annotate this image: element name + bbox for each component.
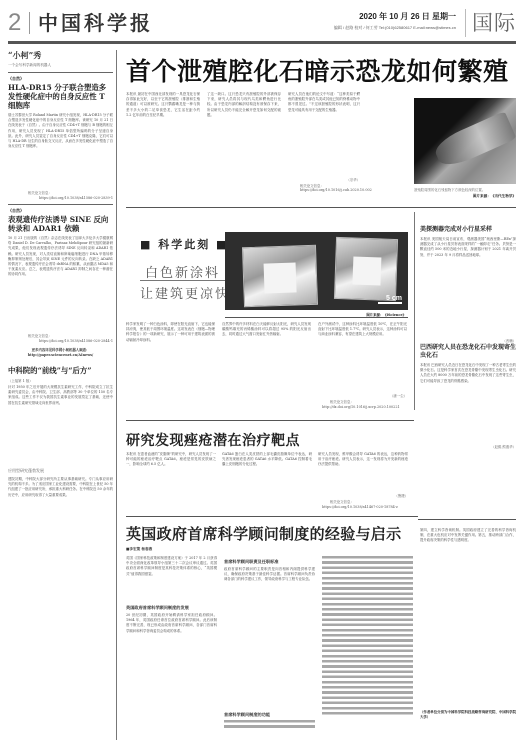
article-headline: 中科院的“前线”与“后方” bbox=[8, 366, 113, 375]
photo-rule bbox=[225, 317, 408, 318]
scale-label: 5 cm bbox=[386, 295, 402, 302]
column-tagline: 一个会写科学新闻的机器人 bbox=[8, 63, 113, 68]
acne-headline: 研究发现痤疮潜在治疗靶点 bbox=[126, 430, 300, 450]
coated-sample-right bbox=[334, 237, 398, 301]
article-hla: 《自然》 HLA-DR15 分子联合塑造多发性硬化症中的自身反应性 T 细胞库 … bbox=[8, 76, 113, 200]
acne-body-column: GATA6 蛋白在人类皮肤的上部毛囊皮脂腺单位中表达，研究者发现痤疮患者的 GA… bbox=[222, 452, 312, 506]
section-divider bbox=[465, 9, 466, 37]
page-number-divider bbox=[29, 12, 30, 34]
acne-signoff: （鲁捷） bbox=[318, 493, 408, 498]
sidebar-headline: 巴西研究人员在恐龙化石中发现寄生虫化石 bbox=[420, 344, 516, 360]
article-body: 针对 1950 年之后开展的大规模抗生素研究工作，中科院成立了抗生素研究委员会，… bbox=[8, 385, 113, 465]
coated-sample-left bbox=[242, 245, 318, 308]
article-headline: HLA-DR15 分子联合塑造多发性硬化症中的自身反应性 T 细胞库 bbox=[8, 83, 113, 110]
article-body: 10 月 21 日出版的《自然》杂志在线发表了加拿大多伦多大学健康网络 Dani… bbox=[8, 236, 113, 332]
uk-subhead: 首席科学顾问制度的功能 bbox=[224, 712, 315, 718]
uk-body-lines bbox=[322, 556, 413, 716]
page-number: 2 bbox=[8, 10, 21, 36]
sidebar-body: 本报讯 美国航天局日前宣布，观测器美国“奥西里斯—REx”探测器完成了从小行星贝… bbox=[420, 237, 516, 337]
article-sine: 《自然》 表观遗传疗法诱导 SINE 反向转录和 ADAR1 依赖 10 月 2… bbox=[8, 208, 113, 358]
section-rule bbox=[126, 516, 418, 517]
section-rule bbox=[126, 420, 414, 421]
title-rule bbox=[140, 280, 232, 281]
continued-from: （上接第 1 版） bbox=[8, 378, 113, 383]
source-label: 相关论文信息： bbox=[8, 190, 113, 195]
uk-intro: 英国《国家科技政策和制度建设方案》于 2017 年 2 月获得中央全面深化改革领… bbox=[126, 556, 217, 602]
article-headline: 表观遗传疗法诱导 SINE 反向转录和 ADAR1 依赖 bbox=[8, 215, 113, 233]
uk-body: 第四，建立科学咨询机制。英国政府建立了完善的科学咨询机制，在重大危机应对中发挥关… bbox=[420, 528, 516, 706]
science-moment-body-column: 在户外测试中，这种涂料比环境温度低 10℃，在正午阳光直射下比环境温度低 1.7… bbox=[318, 322, 407, 390]
uk-column bbox=[322, 556, 413, 736]
divider bbox=[8, 204, 113, 205]
uk-body-continued bbox=[224, 720, 315, 728]
feature-signoff: （宗华） bbox=[288, 177, 360, 182]
acne-source-label: 相关论文信息： bbox=[330, 499, 354, 504]
author-note: （作者单位分别为中国科学院科技战略咨询研究院、中国科学院大学） bbox=[420, 710, 516, 734]
photo-caption: 泄殖腔周围的化石残留物下方颜色较深的位置。 bbox=[414, 188, 516, 193]
feature-body-column: 研究人员在他们的论文中写道：“这种类似于鳄鱼的泄殖腔外部在鸟类或其他已知的脊椎动… bbox=[288, 92, 360, 172]
science-moment-label: ■ 科学此刻 ■ bbox=[140, 236, 228, 252]
editor-contact: 编辑 / 赵路 校对 / 何工劳 Tel:(010)62580617 E-mai… bbox=[334, 25, 456, 31]
fossil-photo bbox=[414, 98, 516, 184]
section-rule bbox=[418, 519, 516, 520]
science-moment-title-line1: 白色新涂料 bbox=[145, 262, 220, 281]
acne-source-link[interactable]: https://doi.org/10.1038/s41467-020-18784… bbox=[322, 505, 398, 509]
divider bbox=[8, 72, 113, 73]
issue-date: 2020 年 10 月 26 日 星期一 bbox=[359, 11, 456, 22]
science-moment-source-label: 相关论文信息： bbox=[330, 399, 354, 404]
sidebar-body: 本报讯 巴西研究人员近日在恐龙化石中发现了一种古老寄生虫的微小化石。这是科学家首… bbox=[420, 363, 516, 443]
uk-subhead: 首席科学顾问职责及任职标准 bbox=[224, 559, 315, 565]
acne-body-column: 本报讯 在患者血液的“皮脂腺”的研究中，研究人员发现了一种可能的痤疮治疗靶点 G… bbox=[126, 452, 216, 506]
uk-column: 第四，建立科学咨询机制。英国政府建立了完善的科学咨询机制，在重大危机应对中发挥关… bbox=[420, 528, 516, 738]
science-moment-source-link[interactable]: http://dx.doi.org/10.1016/j.xcrp.2020.10… bbox=[322, 405, 400, 409]
column-divider bbox=[116, 50, 117, 740]
uk-body: 20 世纪初期，英国政府开始聘请科学家担任政府顾问。1964 年，英国政府任命首… bbox=[126, 613, 217, 731]
source-link[interactable]: https://doi.org/10.1038/s41586-020-2844-… bbox=[8, 339, 113, 343]
science-moment-body-column: 科学家发明了一种白色涂料，即使在阳光直射下，它也能保持凉爽，使其低于周围环境温度… bbox=[126, 322, 215, 400]
science-moment-title-line2: 让建筑更凉快 bbox=[140, 283, 230, 302]
subsection-body: 建院初期，中科院大部分研究所主要从事基础研究。专门从事应用研究的机构不多。为了适… bbox=[8, 477, 113, 663]
subsection-title: 应用型研究蓬勃发展 bbox=[8, 468, 113, 474]
more-content-note[interactable]: 更多内容详见科学网小柯机器人频道：http://paper.sciencenet… bbox=[8, 348, 113, 358]
feature-body-column: 了这一缺口。这只恐龙只有泄殖腔的外部被保存下来，研究人员将其与现代鸟类和鳄鱼进行… bbox=[207, 92, 281, 184]
sidebar-signoff: （晋楠） bbox=[420, 338, 516, 343]
column-name: “小柯”秀 bbox=[8, 50, 113, 61]
uk-column: 首席科学顾问职责及任职标准 政府首席科学顾问的主要职责是向首相和内阁提供科学建议… bbox=[224, 556, 315, 736]
paper-name-logo: 中国科学报 bbox=[38, 11, 153, 35]
article-kicker: 《自然》 bbox=[8, 208, 113, 214]
sidebar-headline: 美探测器完成对小行星采样 bbox=[420, 226, 516, 234]
uk-column: 英国《国家科技政策和制度建设方案》于 2017 年 2 月获得中央全面深化改革领… bbox=[126, 556, 217, 736]
masthead: 2 中国科学报 2020 年 10 月 26 日 星期一 编辑 / 赵路 校对 … bbox=[8, 8, 516, 43]
scale-bar bbox=[378, 302, 402, 304]
source-link[interactable]: https://doi.org/10.1038/s41586-020-2839-… bbox=[8, 196, 113, 200]
feature-body-column: 本报讯 最初在中国西北部发现的一具恐龙化石保存得如此完好，以至于它的泄殖腔（排泄… bbox=[126, 92, 200, 184]
fossil-specimen bbox=[431, 111, 516, 171]
science-moment-signoff: （唐一尘） bbox=[318, 393, 407, 398]
source-label: 相关论文信息： bbox=[8, 333, 113, 338]
acne-body-column: 研究人员发现，维甲酸会诱导 GATA6 的表达，这种药物常用于治疗痤疮。研究人员… bbox=[318, 452, 408, 490]
sidebar-article-asteroid: 美探测器完成对小行星采样 本报讯 美国航天局日前宣布，观测器美国“奥西里斯—RE… bbox=[420, 226, 516, 343]
article-cas: 中科院的“前线”与“后方” （上接第 1 版） 针对 1950 年之后开展的大规… bbox=[8, 366, 113, 663]
science-moment-body-column: 自然界中的许多材料在白天能够反射太阳光，研究人员发现碳酸钙填充的丙烯酸涂料可以将… bbox=[222, 322, 311, 400]
photo-credit: 图片来源：《当代生物学》 bbox=[473, 194, 516, 199]
feature-headline: 首个泄殖腔化石暗示恐龙如何繁殖 bbox=[126, 58, 509, 86]
sidebar-article-parasite: 巴西研究人员在恐龙化石中发现寄生虫化石 本报讯 巴西研究人员近日在恐龙化石中发现… bbox=[420, 344, 516, 449]
coating-photo: 5 cm bbox=[225, 232, 408, 310]
article-body: 瑞士苏黎世大学 Roland Martin 研究小组发现，HLA-DR15 分子… bbox=[8, 113, 113, 189]
article-kicker: 《自然》 bbox=[8, 76, 113, 82]
uk-body: 政府首席科学顾问的主要职责是向首相和内阁提供科学建议，确保政府决策基于最佳科学证… bbox=[224, 567, 315, 709]
sidebar-divider bbox=[414, 212, 415, 410]
uk-subhead: 英国政府首席科学顾问制度的发展 bbox=[126, 605, 217, 611]
section-rule bbox=[126, 207, 516, 208]
byline: ■李宏策 杨春燕 bbox=[126, 547, 152, 552]
section-name: 国际 bbox=[472, 10, 516, 36]
left-column: “小柯”秀 一个会写科学新闻的机器人 《自然》 HLA-DR15 分子联合塑造多… bbox=[8, 50, 113, 663]
feature-source-link[interactable]: https://doi.org/10.1016/j.cub.2020.10.00… bbox=[300, 188, 372, 192]
uk-headline: 英国政府首席科学顾问制度的经验与启示 bbox=[126, 523, 401, 544]
masthead-rule bbox=[8, 41, 516, 44]
sidebar-signoff: （赵熙 熊惠华） bbox=[420, 444, 516, 449]
